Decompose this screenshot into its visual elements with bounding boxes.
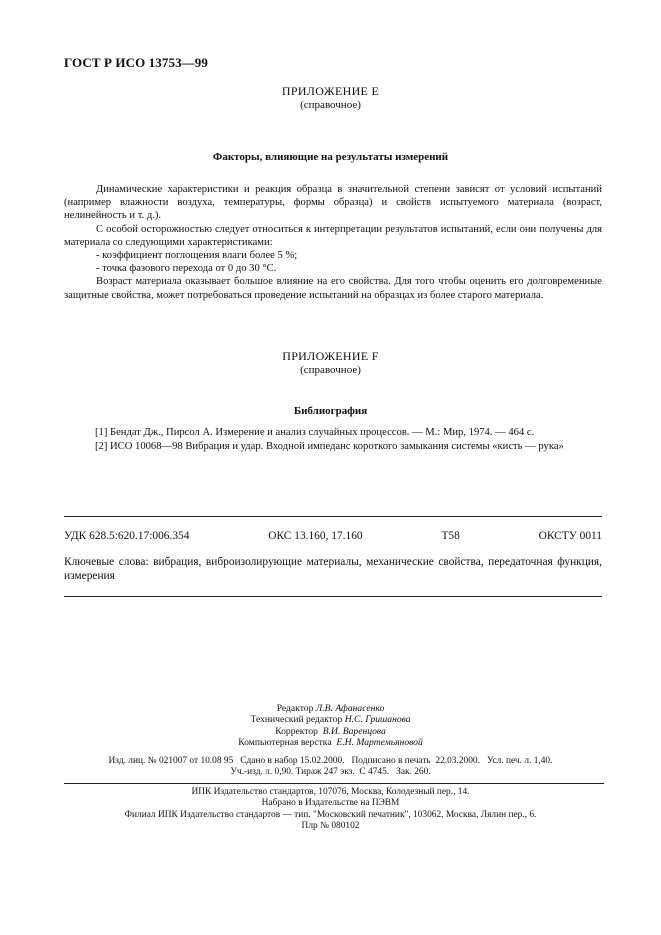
appendix-e-body: Динамические характеристики и реакция об… xyxy=(64,183,602,302)
credit-role: Технический редактор xyxy=(250,714,342,725)
imprint-line: Набрано в Издательстве на ПЭВМ xyxy=(0,798,661,809)
reference-item: [2] ИСО 10068—98 Вибрация и удар. Входно… xyxy=(95,440,625,454)
credit-role: Корректор xyxy=(275,726,318,737)
imprint-block: ИПК Издательство стандартов, 107076, Мос… xyxy=(0,787,661,833)
bibliography-title: Библиография xyxy=(0,405,661,417)
imprint-line: ИПК Издательство стандартов, 107076, Мос… xyxy=(0,787,661,798)
paragraph: Динамические характеристики и реакция об… xyxy=(64,183,602,223)
divider xyxy=(64,783,604,784)
publication-line: Уч.-изд. л. 0,90. Тираж 247 экз. С 4745.… xyxy=(0,767,661,778)
okstu-code: ОКСТУ 0011 xyxy=(539,530,602,542)
keywords: Ключевые слова: вибрация, виброизолирующ… xyxy=(64,555,602,583)
bibliography-list: [1] Бендат Дж., Пирсол А. Измерение и ан… xyxy=(95,426,625,454)
paragraph: Возраст материала оказывает большое влия… xyxy=(64,275,602,301)
appendix-e-subtitle: (справочное) xyxy=(0,99,661,111)
appendix-f-title: ПРИЛОЖЕНИЕ F xyxy=(0,349,661,364)
credit-line: Редактор Л.В. Афанасенко xyxy=(0,703,661,714)
reference-item: [1] Бендат Дж., Пирсол А. Измерение и ан… xyxy=(95,426,625,440)
credit-name: Л.В. Афанасенко xyxy=(316,703,385,714)
classification-row: УДК 628.5:620.17:006.354 ОКС 13.160, 17.… xyxy=(64,530,602,542)
credit-name: Н.С. Гришанова xyxy=(345,714,411,725)
publication-info: Изд. лиц. № 021007 от 10.08 95 Сдано в н… xyxy=(0,756,661,779)
paragraph: С особой осторожностью следует относитьс… xyxy=(64,223,602,249)
credit-role: Редактор xyxy=(277,703,314,714)
document-code: ГОСТ Р ИСО 13753—99 xyxy=(64,55,208,71)
credit-line: Технический редактор Н.С. Гришанова xyxy=(0,714,661,725)
category-code: Т58 xyxy=(441,530,459,542)
imprint-line: Плр № 080102 xyxy=(0,821,661,832)
appendix-f-subtitle: (справочное) xyxy=(0,364,661,376)
oks-code: ОКС 13.160, 17.160 xyxy=(268,530,362,542)
divider xyxy=(64,516,602,517)
credit-role: Компьютерная верстка xyxy=(238,737,331,748)
credit-line: Корректор В.И. Варенцова xyxy=(0,726,661,737)
credit-line: Компьютерная верстка Е.Н. Мартемьяновой xyxy=(0,737,661,748)
list-item: - точка фазового перехода от 0 до 30 °С. xyxy=(64,262,602,275)
imprint-line: Филиал ИПК Издательство стандартов — тип… xyxy=(0,810,661,821)
divider xyxy=(64,596,602,597)
udk-code: УДК 628.5:620.17:006.354 xyxy=(64,530,189,542)
list-item: - коэффициент поглощения влаги более 5 %… xyxy=(64,249,602,262)
credits-block: Редактор Л.В. Афанасенко Технический ред… xyxy=(0,703,661,749)
appendix-e-title: ПРИЛОЖЕНИЕ E xyxy=(0,84,661,99)
credit-name: В.И. Варенцова xyxy=(323,726,386,737)
appendix-e-section-title: Факторы, влияющие на результаты измерени… xyxy=(0,151,661,163)
credit-name: Е.Н. Мартемьяновой xyxy=(336,737,422,748)
publication-line: Изд. лиц. № 021007 от 10.08 95 Сдано в н… xyxy=(0,756,661,767)
